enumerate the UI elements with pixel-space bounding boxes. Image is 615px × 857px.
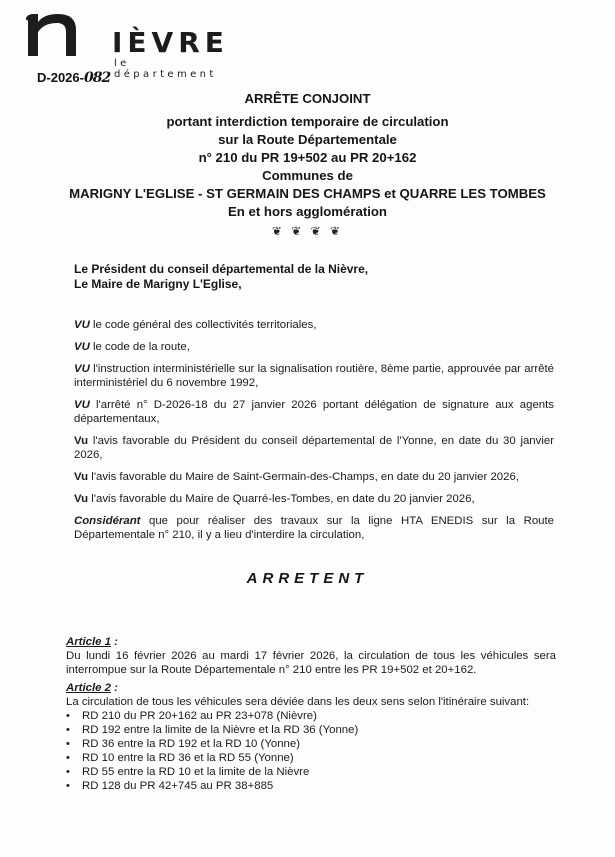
title-line: sur la Route Départementale <box>60 131 555 149</box>
article-body: Du lundi 16 février 2026 au mardi 17 fév… <box>66 649 556 677</box>
logo-word: IÈVRE <box>112 26 229 59</box>
list-item: RD 210 du PR 20+162 au PR 23+078 (Nièvre… <box>66 709 556 723</box>
title-line: portant interdiction temporaire de circu… <box>60 113 555 131</box>
consideration-item: Vu l'avis favorable du Maire de Quarré-l… <box>74 492 554 506</box>
list-item: RD 36 entre la RD 192 et la RD 10 (Yonne… <box>66 737 556 751</box>
decision-heading: ARRETENT <box>0 570 615 587</box>
consideration-item: VU l'arrêté n° D-2026-18 du 27 janvier 2… <box>74 398 554 426</box>
considerations: VU le code général des collectivités ter… <box>74 318 554 550</box>
list-item: RD 10 entre la RD 36 et la RD 55 (Yonne) <box>66 751 556 765</box>
title-block: ARRÊTE CONJOINT portant interdiction tem… <box>60 90 555 240</box>
title-line: Communes de <box>60 167 555 185</box>
consideration-item: VU le code général des collectivités ter… <box>74 318 554 332</box>
articles: Article 1 : Du lundi 16 février 2026 au … <box>66 635 556 797</box>
document-reference: D-2026-082 <box>37 70 110 86</box>
deviation-route-list: RD 210 du PR 20+162 au PR 23+078 (Nièvre… <box>66 709 556 793</box>
article-1: Article 1 : Du lundi 16 février 2026 au … <box>66 635 556 677</box>
consideration-item: Vu l'avis favorable du Président du cons… <box>74 434 554 462</box>
consideration-item: VU le code de la route, <box>74 340 554 354</box>
authority-line: Le Maire de Marigny L'Eglise, <box>74 277 368 292</box>
ornament-divider-icon: ❦ ❦ ❦ ❦ <box>60 222 555 240</box>
list-item: RD 128 du PR 42+745 au PR 38+885 <box>66 779 556 793</box>
reference-handwritten-number: 082 <box>84 70 110 86</box>
consideration-item: Considérant que pour réaliser des travau… <box>74 514 554 542</box>
article-2: Article 2 : La circulation de tous les v… <box>66 681 556 793</box>
consideration-item: VU l'instruction interministérielle sur … <box>74 362 554 390</box>
authorities: Le Président du conseil départemental de… <box>74 262 368 292</box>
list-item: RD 192 entre la limite de la Nièvre et l… <box>66 723 556 737</box>
logo-n-glyph-icon <box>24 12 80 56</box>
title-line: En et hors agglomération <box>60 203 555 221</box>
article-heading: Article 1 : <box>66 635 556 649</box>
authority-line: Le Président du conseil départemental de… <box>74 262 368 277</box>
title-line: MARIGNY L'EGLISE - ST GERMAIN DES CHAMPS… <box>60 185 555 203</box>
article-body: La circulation de tous les véhicules ser… <box>66 695 556 709</box>
reference-prefix: D-2026- <box>37 70 84 85</box>
consideration-item: Vu l'avis favorable du Maire de Saint-Ge… <box>74 470 554 484</box>
document-title: ARRÊTE CONJOINT <box>60 90 555 108</box>
logo-subtitle: le département <box>114 58 217 80</box>
title-line: n° 210 du PR 19+502 au PR 20+162 <box>60 149 555 167</box>
list-item: RD 55 entre la RD 10 et la limite de la … <box>66 765 556 779</box>
article-heading: Article 2 : <box>66 681 556 695</box>
document-page: IÈVRE le département D-2026-082 ARRÊTE C… <box>0 0 615 857</box>
